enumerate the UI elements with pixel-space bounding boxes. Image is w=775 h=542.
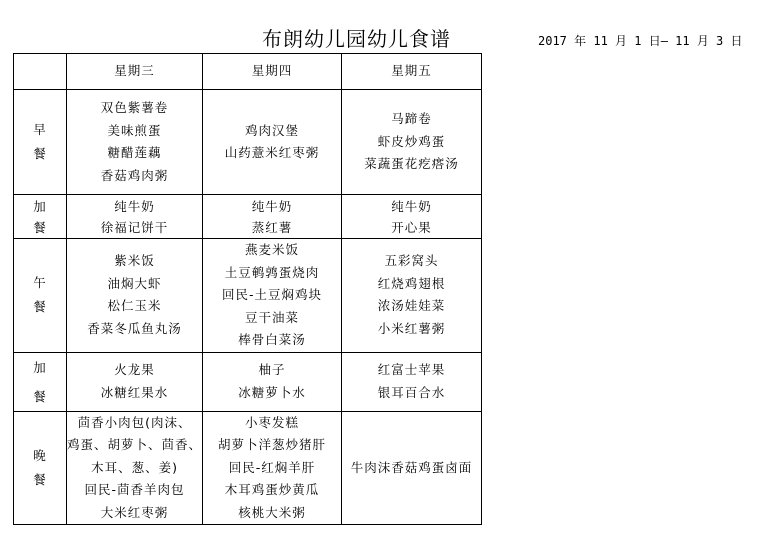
menu-table: 星期三 星期四 星期五 早餐 双色紫薯卷 美味煎蛋 糖醋莲藕 香菇鸡肉粥 鸡肉汉… (13, 53, 482, 525)
menu-cell-dinner-thursday: 小枣发糕 胡萝卜洋葱炒猪肝 回民-红焖羊肝 木耳鸡蛋炒黄瓜 核桃大米粥 (203, 411, 342, 525)
menu-cell-breakfast-friday: 马蹄卷 虾皮炒鸡蛋 菜蔬蛋花疙瘩汤 (342, 90, 482, 195)
menu-cell-snack2-wednesday: 火龙果 冰糖红果水 (67, 352, 203, 411)
header-row: 星期三 星期四 星期五 (14, 54, 482, 90)
column-header-thursday: 星期四 (203, 54, 342, 90)
menu-cell-dinner-friday: 牛肉沫香菇鸡蛋卤面 (342, 411, 482, 525)
corner-cell (14, 54, 67, 90)
menu-cell-lunch-thursday: 燕麦米饭 土豆鹌鹑蛋烧肉 回民-土豆焖鸡块 豆干油菜 棒骨白菜汤 (203, 239, 342, 353)
menu-cell-lunch-friday: 五彩窝头 红烧鸡翅根 浓汤娃娃菜 小米红薯粥 (342, 239, 482, 353)
table-row-morning-snack: 加餐 纯牛奶 徐福记饼干 纯牛奶 蒸红薯 纯牛奶 开心果 (14, 195, 482, 239)
date-range: 2017 年 11 月 1 日— 11 月 3 日 (538, 32, 743, 49)
table-row-afternoon-snack: 加餐 火龙果 冰糖红果水 柚子 冰糖萝卜水 红富士苹果 银耳百合水 (14, 352, 482, 411)
column-header-wednesday: 星期三 (67, 54, 203, 90)
menu-cell-snack1-wednesday: 纯牛奶 徐福记饼干 (67, 195, 203, 239)
meal-label-dinner: 晚餐 (14, 411, 67, 525)
menu-cell-snack2-thursday: 柚子 冰糖萝卜水 (203, 352, 342, 411)
menu-cell-breakfast-wednesday: 双色紫薯卷 美味煎蛋 糖醋莲藕 香菇鸡肉粥 (67, 90, 203, 195)
table-row-dinner: 晚餐 茴香小肉包(肉沫、 鸡蛋、胡萝卜、茴香、 木耳、葱、姜) 回民-茴香羊肉包… (14, 411, 482, 525)
menu-cell-snack1-thursday: 纯牛奶 蒸红薯 (203, 195, 342, 239)
meal-label-morning-snack: 加餐 (14, 195, 67, 239)
table-row-lunch: 午餐 紫米饭 油焖大虾 松仁玉米 香菜冬瓜鱼丸汤 燕麦米饭 土豆鹌鹑蛋烧肉 回民… (14, 239, 482, 353)
menu-cell-snack1-friday: 纯牛奶 开心果 (342, 195, 482, 239)
meal-label-breakfast: 早餐 (14, 90, 67, 195)
column-header-friday: 星期五 (342, 54, 482, 90)
menu-cell-breakfast-thursday: 鸡肉汉堡 山药薏米红枣粥 (203, 90, 342, 195)
table-row-breakfast: 早餐 双色紫薯卷 美味煎蛋 糖醋莲藕 香菇鸡肉粥 鸡肉汉堡 山药薏米红枣粥 马蹄… (14, 90, 482, 195)
menu-cell-dinner-wednesday: 茴香小肉包(肉沫、 鸡蛋、胡萝卜、茴香、 木耳、葱、姜) 回民-茴香羊肉包 大米… (67, 411, 203, 525)
menu-cell-lunch-wednesday: 紫米饭 油焖大虾 松仁玉米 香菜冬瓜鱼丸汤 (67, 239, 203, 353)
meal-label-lunch: 午餐 (14, 239, 67, 353)
menu-cell-snack2-friday: 红富士苹果 银耳百合水 (342, 352, 482, 411)
page-title: 布朗幼儿园幼儿食谱 (262, 23, 451, 52)
meal-label-afternoon-snack: 加餐 (14, 352, 67, 411)
